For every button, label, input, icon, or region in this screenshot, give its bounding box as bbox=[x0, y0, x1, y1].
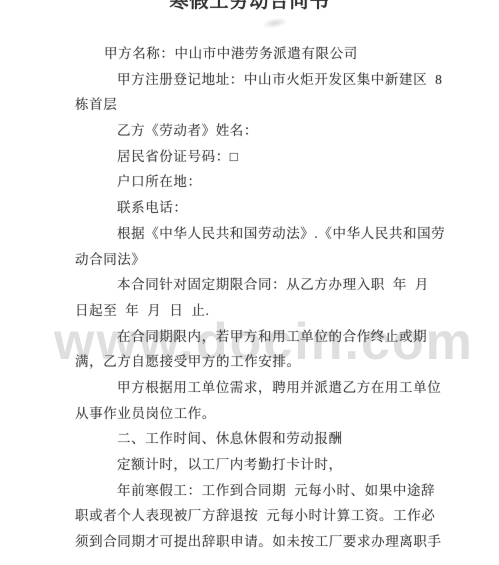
document-line: 栋首层 bbox=[75, 92, 427, 118]
document-line: 甲方名称：中山市中港劳务派遣有限公司 bbox=[75, 41, 427, 67]
document-lines: 甲方名称：中山市中港劳务派遣有限公司甲方注册登记地址：中山市火炬开发区集中新建区… bbox=[75, 41, 427, 555]
document-line: 居民省份证号码：□ bbox=[75, 144, 427, 170]
document-line: 联系电话： bbox=[75, 195, 427, 221]
document-line: 甲方根据用工单位需求，聘用并派遣乙方在用工单位 bbox=[75, 375, 427, 401]
document-line: 户口所在地： bbox=[75, 169, 427, 195]
document-line: 从事作业员岗位工作。 bbox=[75, 401, 427, 427]
document-line: 在合同期限内，若甲方和用工单位的合作终止或期 bbox=[75, 324, 427, 350]
document-line: 动合同法》 bbox=[75, 247, 427, 273]
document-line: 根据《中华人民共和国劳动法》.《中华人民共和国劳 bbox=[75, 221, 427, 247]
document-title: 寒假工劳动合同书 bbox=[0, 0, 499, 12]
document-line: 定额计时，以工厂内考勤打卡计时， bbox=[75, 452, 427, 478]
document-line: 本合同针对固定期限合同：从乙方办理入职 年 月 bbox=[75, 272, 427, 298]
scanned-contract-page: www.docin.com 寒假工劳动合同书 甲方名称：中山市中港劳务派遣有限公… bbox=[0, 0, 499, 565]
document-line: 日起至 年 月 日 止. bbox=[75, 298, 427, 324]
document-line: 满，乙方自愿接受甲方的工作安排。 bbox=[75, 349, 427, 375]
document-line: 须到合同期才可提出辞职申请。如未按工厂要求办理离职手 bbox=[75, 529, 427, 555]
document-line: 二、工作时间、休息休假和劳动报酬 bbox=[75, 426, 427, 452]
document-line: 年前寒假工：工作到合同期 元每小时、如果中途辞 bbox=[75, 478, 427, 504]
document-line: 乙方《劳动者》姓名： bbox=[75, 118, 427, 144]
document-line: 职或者个人表现被厂方辞退按 元每小时计算工资。工作必 bbox=[75, 503, 427, 529]
scan-smudge-artifact bbox=[261, 16, 288, 30]
document-line: 甲方注册登记地址：中山市火炬开发区集中新建区 8 bbox=[75, 67, 427, 93]
